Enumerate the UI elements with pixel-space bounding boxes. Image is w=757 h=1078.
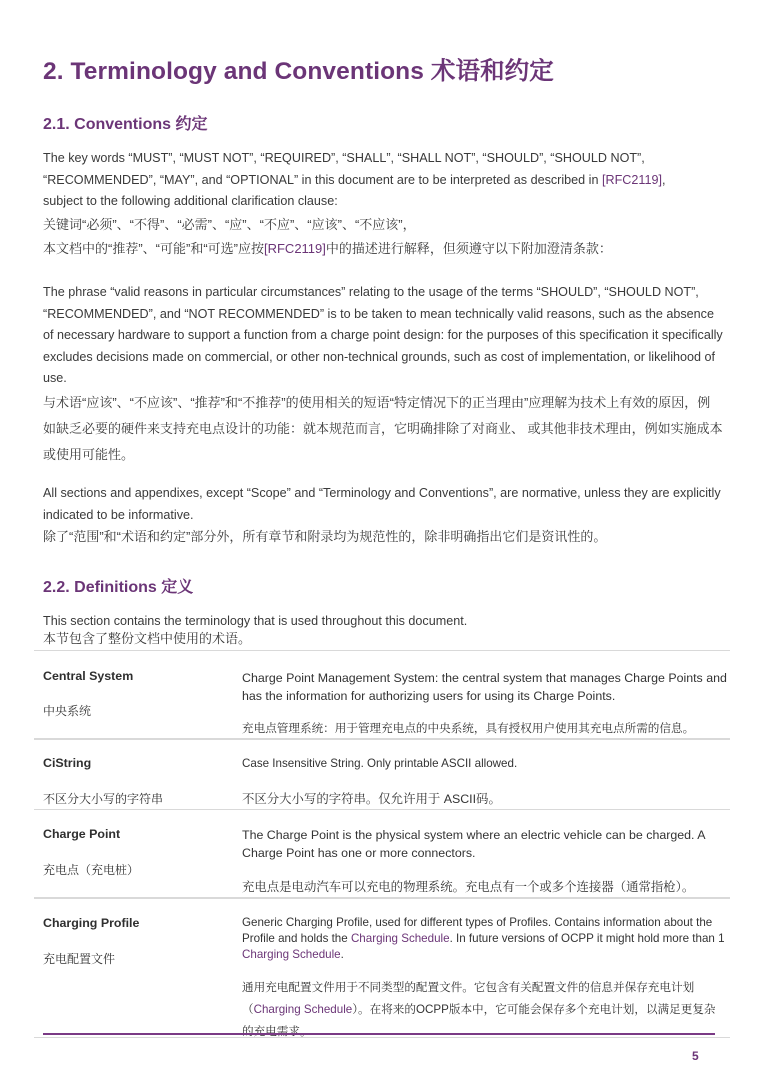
row-divider [34, 809, 730, 810]
row-divider [34, 738, 730, 740]
row-divider [34, 897, 730, 899]
term-name: Charge Point [43, 827, 120, 841]
text-line: The key words “MUST”, “MUST NOT”, “REQUI… [43, 148, 723, 170]
conventions-paragraph-3: All sections and appendixes, except “Sco… [43, 483, 723, 548]
term-name-zh: 充电配置文件 [43, 950, 115, 967]
term-name-zh: 中央系统 [43, 702, 91, 719]
text-span: “RECOMMENDED”, “MAY”, and “OPTIONAL” in … [43, 173, 602, 187]
charging-schedule-link[interactable]: Charging Schedule [242, 948, 341, 961]
term-name-zh: 充电点（充电桩） [43, 861, 139, 878]
definition-en: Charge Point Management System: the cent… [242, 669, 727, 705]
footer-divider [34, 1037, 730, 1038]
chapter-title: 2. Terminology and Conventions 术语和约定 [43, 52, 554, 87]
section-heading-conventions: 2.1. Conventions 约定 [43, 111, 207, 134]
section-heading-definitions: 2.2. Definitions 定义 [43, 574, 193, 597]
text-span: 中的描述进行解释，但须遵守以下附加澄清条款： [326, 241, 612, 256]
charging-schedule-link-zh[interactable]: Charging Schedule [254, 1003, 353, 1016]
text-line-zh: 关键词“必须”、“不得”、“必需”、“应”、“不应”、“应该”、“不应该”， [43, 213, 723, 236]
text-line: “RECOMMENDED”, “MAY”, and “OPTIONAL” in … [43, 170, 723, 192]
text-line: subject to the following additional clar… [43, 191, 723, 213]
document-page: 2. Terminology and Conventions 术语和约定 2.1… [0, 0, 757, 1078]
paragraph-en: All sections and appendixes, except “Sco… [43, 483, 723, 526]
intro-zh: 本节包含了整份文档中使用的术语。 [43, 630, 723, 648]
rfc2119-link-zh[interactable]: [RFC2119] [264, 241, 326, 256]
conventions-paragraph-1: The key words “MUST”, “MUST NOT”, “REQUI… [43, 148, 723, 262]
text-span: . [341, 948, 344, 961]
term-name: Charging Profile [43, 916, 139, 930]
text-span: . In future versions of OCPP it might ho… [450, 932, 725, 945]
definition-en: The Charge Point is the physical system … [242, 826, 727, 862]
text-line-zh: 本文档中的“推荐”、“可能”和“可选”应按[RFC2119]中的描述进行解释，但… [43, 236, 723, 262]
intro-en: This section contains the terminology th… [43, 612, 723, 630]
term-name: Central System [43, 669, 133, 683]
definitions-intro: This section contains the terminology th… [43, 612, 723, 648]
paragraph-zh: 除了“范围”和“术语和约定”部分外，所有章节和附录均为规范性的，除非明确指出它们… [43, 526, 723, 548]
footer-accent-line [43, 1033, 715, 1035]
definition-zh: 充电点管理系统：用于管理充电点的中央系统，具有授权用户使用其充电点所需的信息。 [242, 718, 727, 740]
conventions-paragraph-2: The phrase “valid reasons in particular … [43, 282, 723, 468]
rfc2119-link[interactable]: [RFC2119] [602, 173, 662, 187]
term-name: CiString [43, 756, 91, 770]
term-name-zh: 不区分大小写的字符串 [43, 790, 163, 807]
paragraph-zh: 与术语“应该”、“不应该”、“推荐”和“不推荐”的使用相关的短语“特定情况下的正… [43, 390, 723, 468]
table-top-divider [34, 650, 730, 651]
definition-zh: 充电点是电动汽车可以充电的物理系统。充电点有一个或多个连接器（通常指枪）。 [242, 876, 727, 898]
definition-zh: 不区分大小写的字符串。仅允许用于 ASCII码。 [242, 788, 727, 810]
definition-en: Generic Charging Profile, used for diffe… [242, 915, 727, 963]
text-span: 本文档中的“推荐”、“可能”和“可选”应按 [43, 241, 264, 256]
paragraph-en: The phrase “valid reasons in particular … [43, 282, 723, 390]
definition-en: Case Insensitive String. Only printable … [242, 756, 727, 772]
page-number: 5 [692, 1049, 699, 1063]
charging-schedule-link[interactable]: Charging Schedule [351, 932, 450, 945]
text-span: , [662, 173, 666, 187]
